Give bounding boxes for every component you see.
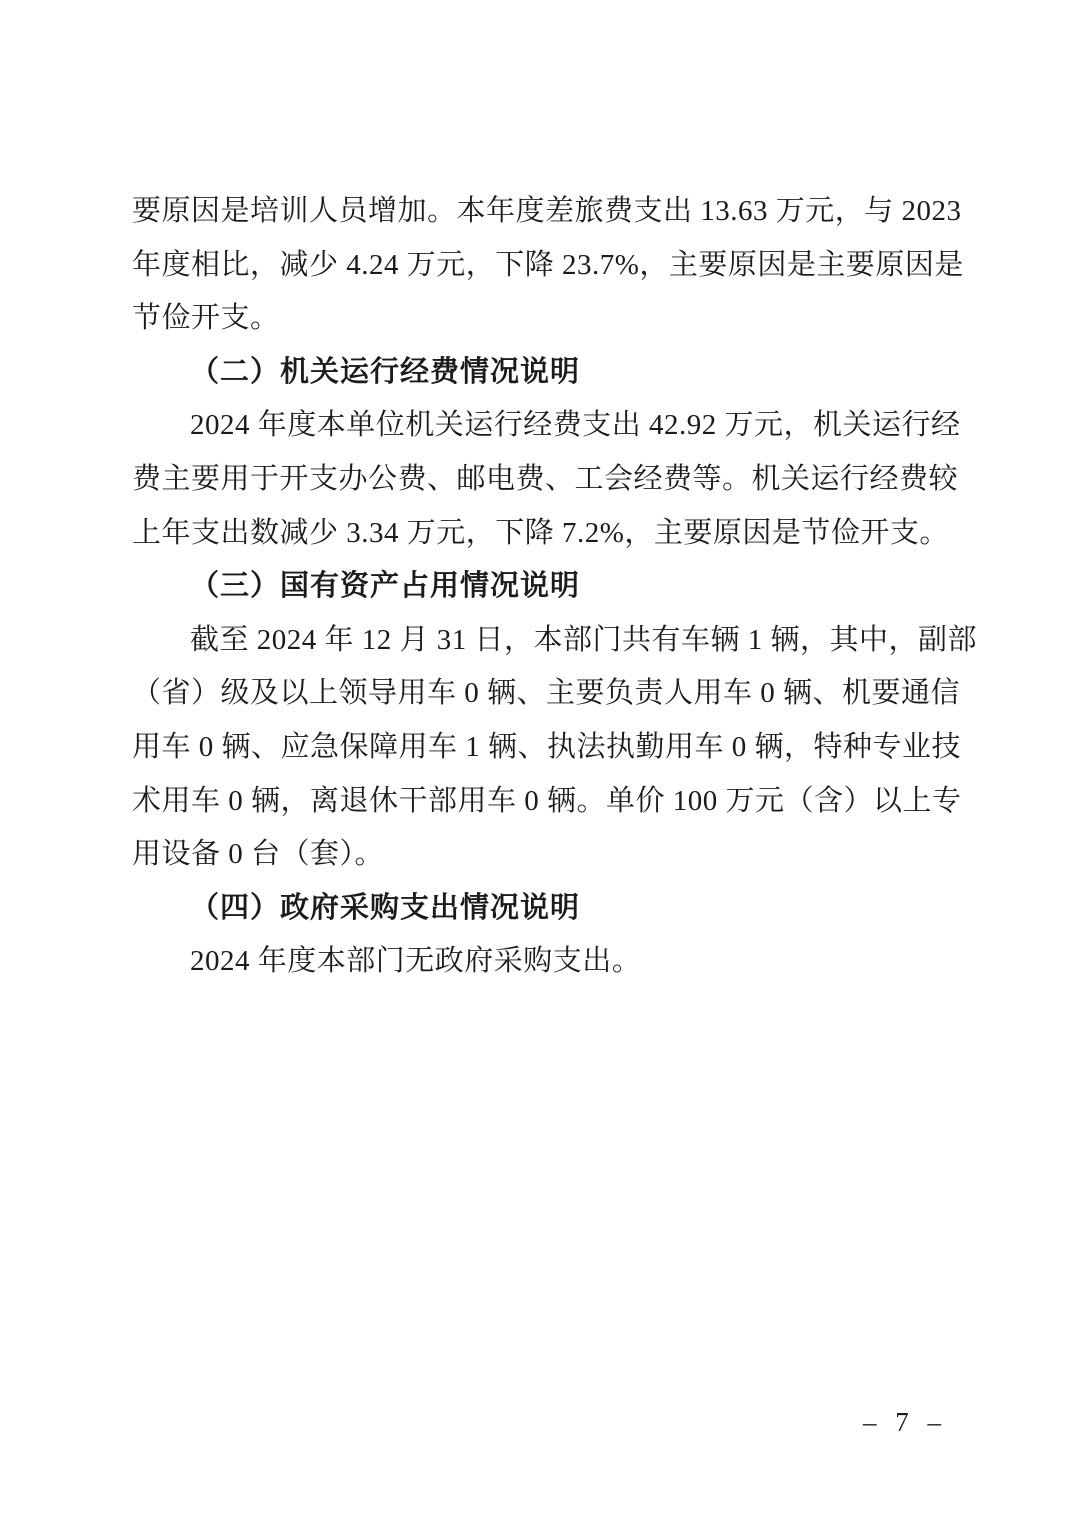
text-line: 要原因是培训人员增加。本年度差旅费支出 13.63 万元，与 2023 — [132, 185, 948, 239]
text-line: 截至 2024 年 12 月 31 日，本部门共有车辆 1 辆，其中，副部 — [132, 614, 948, 668]
document-page: 要原因是培训人员增加。本年度差旅费支出 13.63 万元，与 2023 年度相比… — [0, 0, 1075, 1520]
text-line: 术用车 0 辆，离退休干部用车 0 辆。单价 100 万元（含）以上专 — [132, 775, 948, 829]
text-line: 用设备 0 台（套）。 — [132, 828, 948, 882]
text-line: （省）级及以上领导用车 0 辆、主要负责人用车 0 辆、机要通信 — [132, 667, 948, 721]
text-line: 2024 年度本部门无政府采购支出。 — [132, 935, 948, 989]
section-heading-organ-operating-expenses: （二）机关运行经费情况说明 — [132, 346, 948, 400]
text-line: 2024 年度本单位机关运行经费支出 42.92 万元，机关运行经 — [132, 399, 948, 453]
text-line: 节俭开支。 — [132, 292, 948, 346]
text-line: 年度相比，减少 4.24 万元，下降 23.7%，主要原因是主要原因是 — [132, 239, 948, 293]
section-heading-state-owned-assets: （三）国有资产占用情况说明 — [132, 560, 948, 614]
document-text-block: 要原因是培训人员增加。本年度差旅费支出 13.63 万元，与 2023 年度相比… — [132, 185, 948, 989]
section-heading-government-procurement: （四）政府采购支出情况说明 — [132, 882, 948, 936]
text-line: 费主要用于开支办公费、邮电费、工会经费等。机关运行经费较 — [132, 453, 948, 507]
text-line: 用车 0 辆、应急保障用车 1 辆、执法执勤用车 0 辆，特种专业技 — [132, 721, 948, 775]
page-number: – 7 – — [863, 1405, 947, 1439]
text-line: 上年支出数减少 3.34 万元，下降 7.2%，主要原因是节俭开支。 — [132, 507, 948, 561]
